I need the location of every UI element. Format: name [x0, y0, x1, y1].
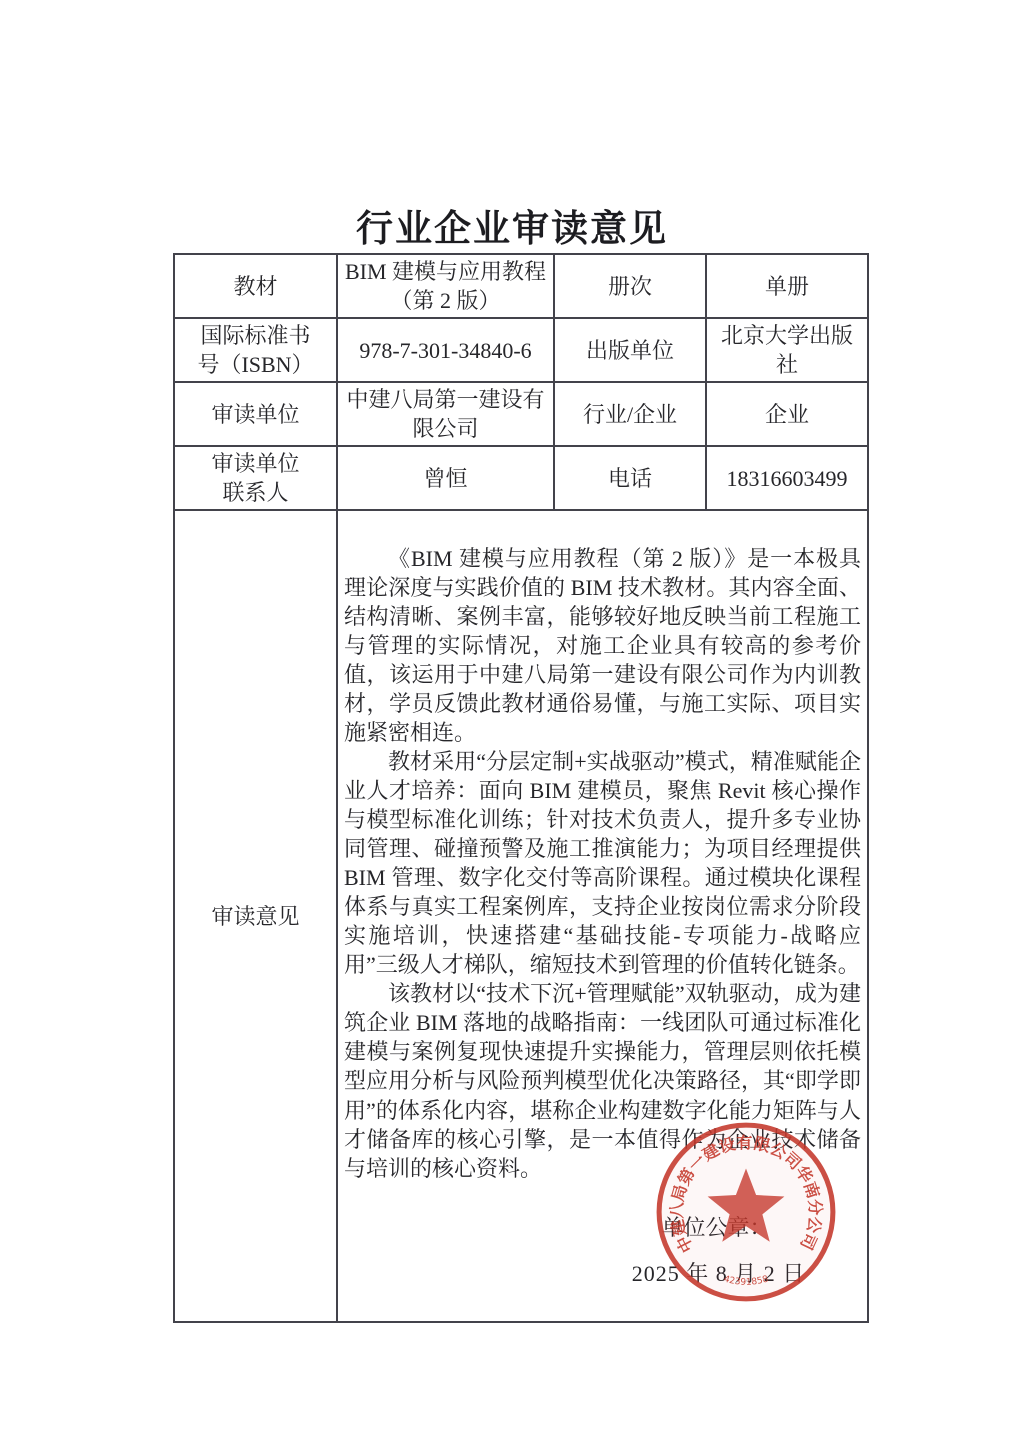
table-row: 教材 BIM 建模与应用教程（第 2 版） 册次 单册 [174, 254, 868, 318]
cell-phone-label: 电话 [554, 446, 706, 510]
cell-textbook-value: BIM 建模与应用教程（第 2 版） [337, 254, 554, 318]
cell-isbn-value: 978-7-301-34840-6 [337, 318, 554, 382]
cell-textbook-label: 教材 [174, 254, 337, 318]
cell-review-unit-value: 中建八局第一建设有限公司 [337, 382, 554, 446]
scanned-document-page: 行业企业审读意见 教材 BIM 建模与应用教程（第 2 版） 册次 单册 国际标… [0, 0, 1024, 1448]
cell-industry-type-value: 企业 [706, 382, 868, 446]
seal-caption: 单位公章： [344, 1213, 861, 1243]
date-text: 2025 年 8 月 2 日 [344, 1259, 861, 1289]
cell-opinion-text: 《BIM 建模与应用教程（第 2 版）》是一本极具理论深度与实践价值的 BIM … [337, 510, 868, 1322]
cell-volume-label: 册次 [554, 254, 706, 318]
cell-publisher-label: 出版单位 [554, 318, 706, 382]
table-row-opinion: 审读意见 《BIM 建模与应用教程（第 2 版）》是一本极具理论深度与实践价值的… [174, 510, 868, 1322]
opinion-paragraph: 教材采用“分层定制+实战驱动”模式，精准赋能企业人才培养：面向 BIM 建模员，… [344, 747, 861, 979]
document-title: 行业企业审读意见 [0, 198, 1024, 252]
cell-review-unit-label: 审读单位 [174, 382, 337, 446]
cell-volume-value: 单册 [706, 254, 868, 318]
opinion-paragraph: 该教材以“技术下沉+管理赋能”双轨驱动，成为建筑企业 BIM 落地的战略指南：一… [344, 979, 861, 1182]
cell-industry-type-label: 行业/企业 [554, 382, 706, 446]
opinion-paragraph: 《BIM 建模与应用教程（第 2 版）》是一本极具理论深度与实践价值的 BIM … [344, 544, 861, 747]
review-info-table: 教材 BIM 建模与应用教程（第 2 版） 册次 单册 国际标准书号（ISBN）… [173, 253, 869, 1323]
cell-isbn-label: 国际标准书号（ISBN） [174, 318, 337, 382]
cell-contact-label: 审读单位联系人 [174, 446, 337, 510]
cell-publisher-value: 北京大学出版社 [706, 318, 868, 382]
cell-contact-value: 曾恒 [337, 446, 554, 510]
table-row: 审读单位联系人 曾恒 电话 18316603499 [174, 446, 868, 510]
cell-phone-value: 18316603499 [706, 446, 868, 510]
table-row: 国际标准书号（ISBN） 978-7-301-34840-6 出版单位 北京大学… [174, 318, 868, 382]
cell-opinion-label: 审读意见 [174, 510, 337, 1322]
table-row: 审读单位 中建八局第一建设有限公司 行业/企业 企业 [174, 382, 868, 446]
